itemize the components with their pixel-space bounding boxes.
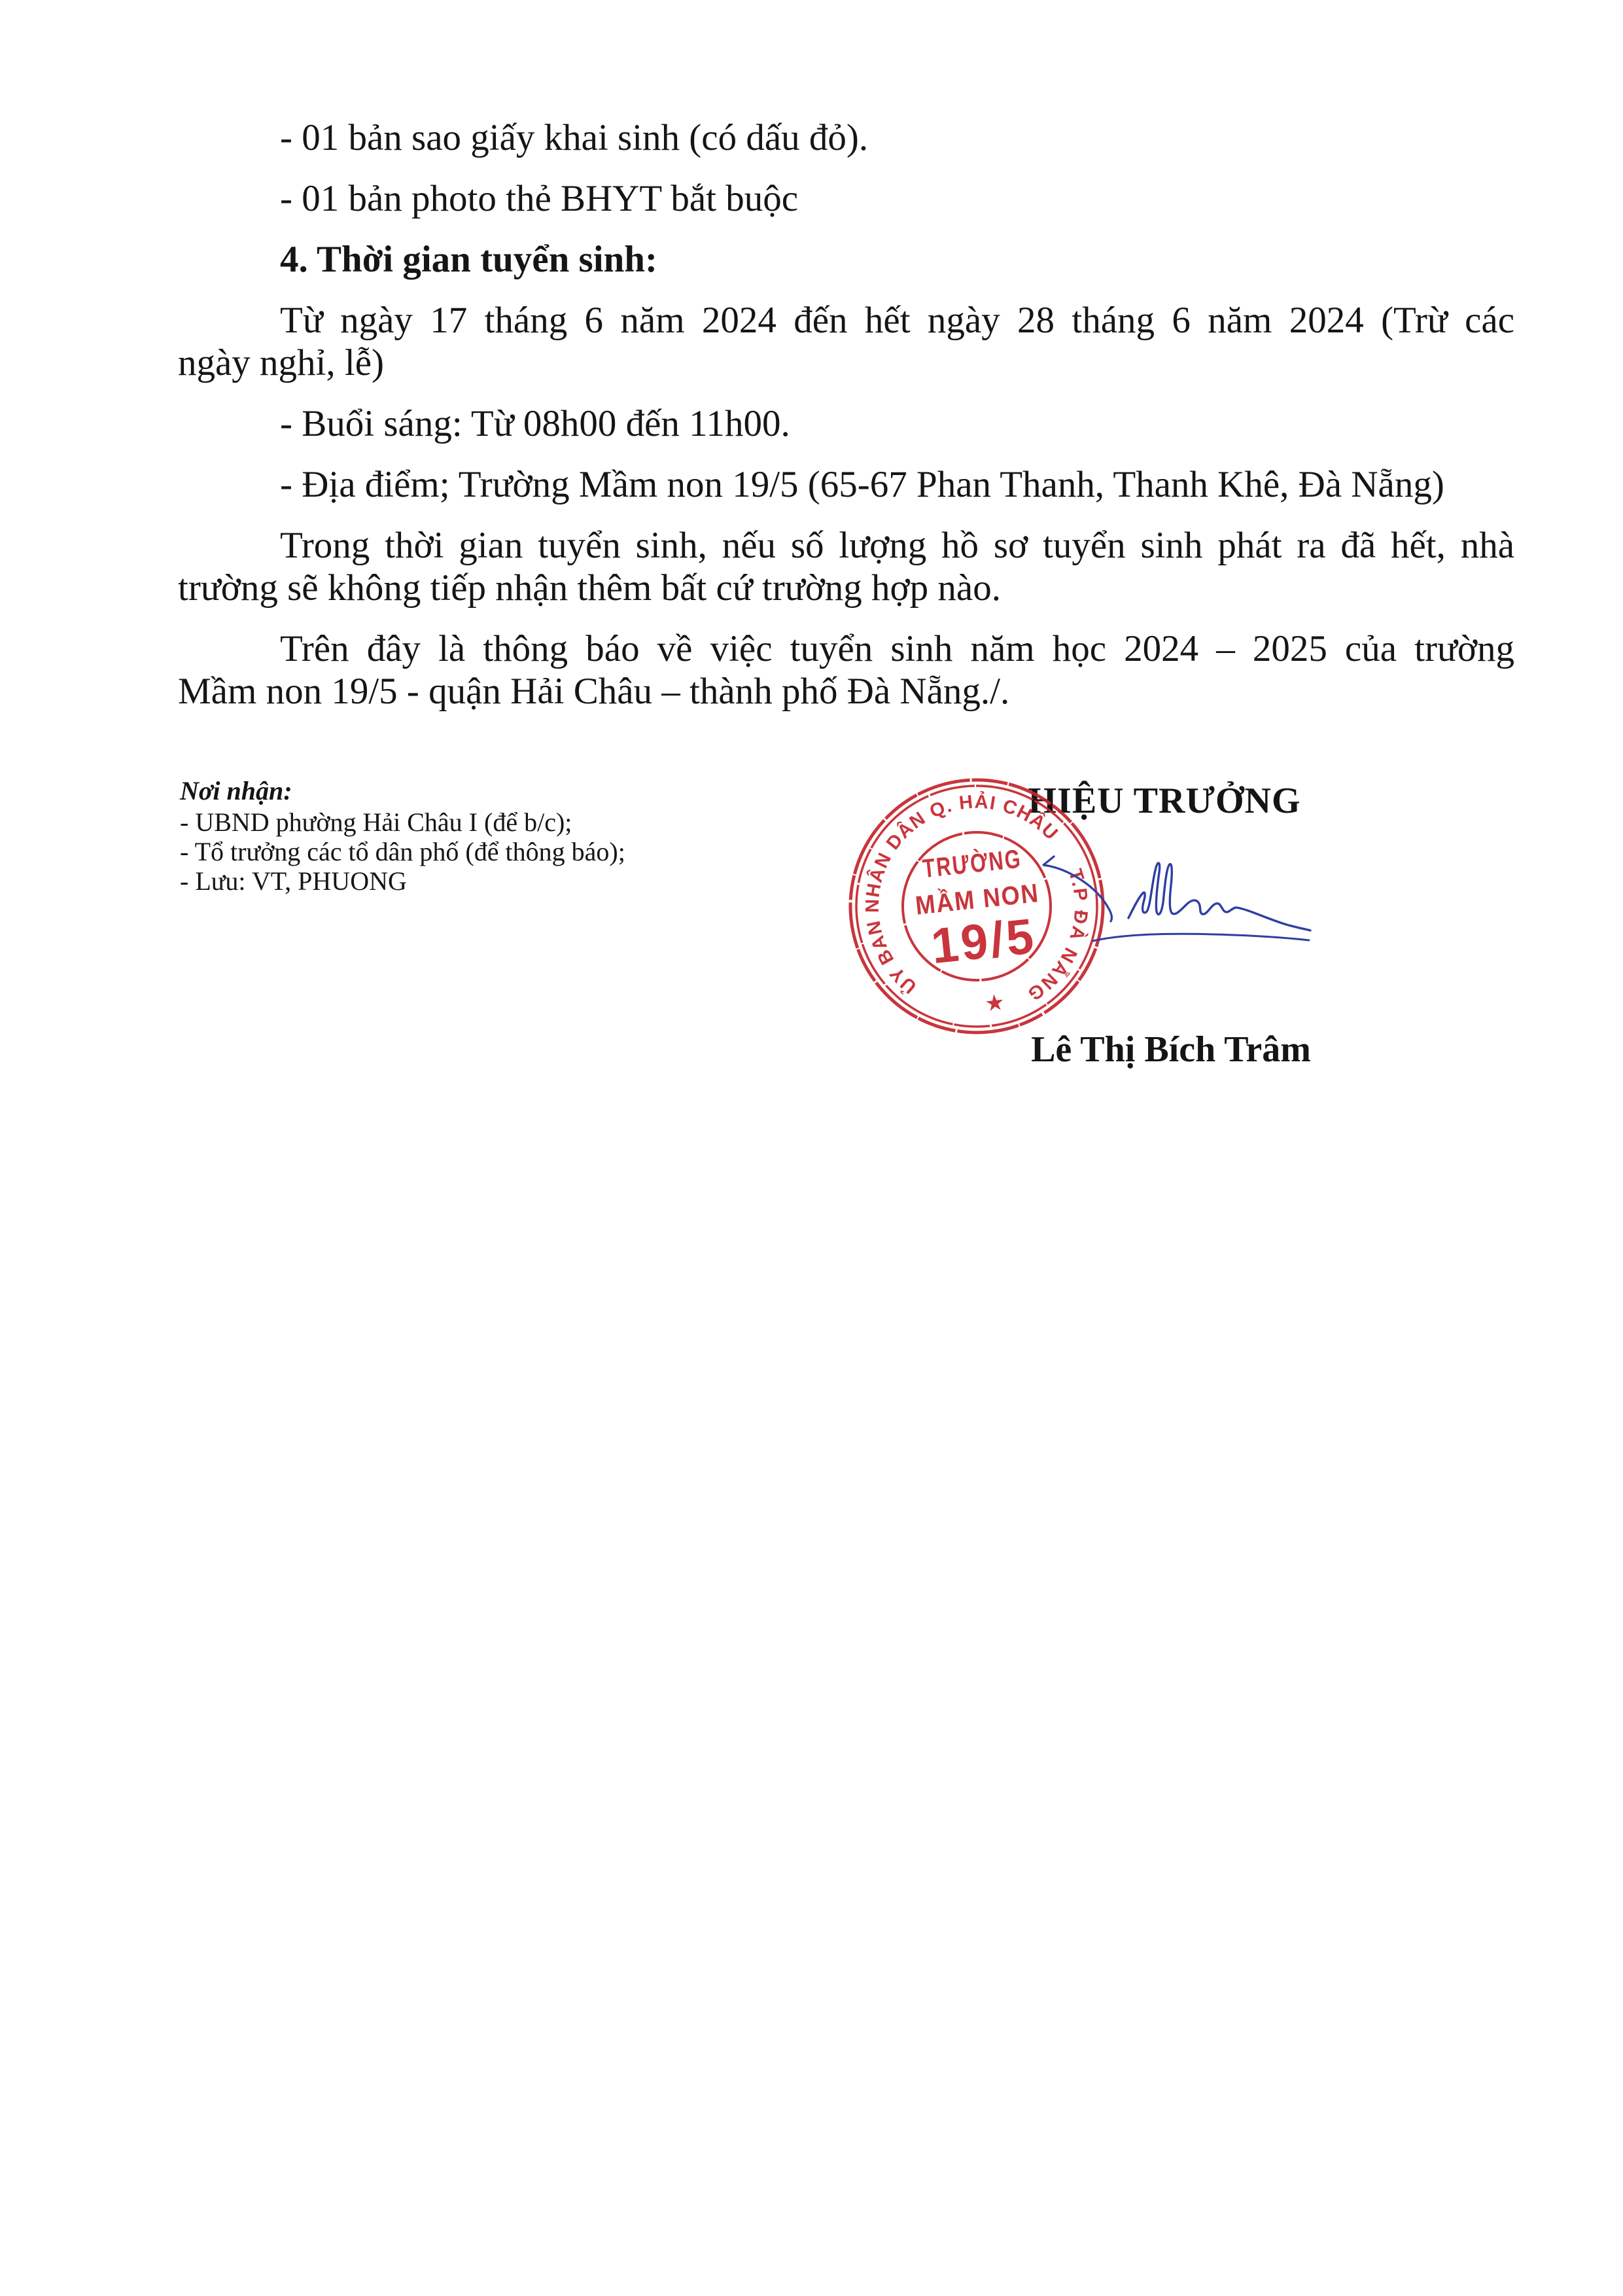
paragraph-line: trường sẽ không tiếp nhận thêm bất cứ tr… — [178, 567, 1514, 609]
paragraph-line: Trong thời gian tuyển sinh, nếu số lượng… — [178, 524, 1514, 567]
recipients-heading: Nơi nhận: — [180, 776, 625, 805]
paragraph-line: Trên đây là thông báo về việc tuyển sinh… — [178, 627, 1514, 670]
signature-main-stroke — [1128, 863, 1310, 930]
body-paragraph: Trên đây là thông báo về việc tuyển sinh… — [178, 627, 1514, 713]
signature-underline-stroke — [1093, 934, 1309, 941]
signature-flourish-arc — [1043, 857, 1111, 921]
body-paragraph: Trong thời gian tuyển sinh, nếu số lượng… — [178, 524, 1514, 609]
paragraph-line: Mầm non 19/5 - quận Hải Châu – thành phố… — [178, 670, 1514, 713]
section-heading: 4. Thời gian tuyển sinh: — [178, 238, 1514, 281]
handwritten-signature — [1030, 847, 1325, 952]
paragraph-line: ngày nghỉ, lễ) — [178, 342, 1514, 384]
stamp-star-icon: ★ — [985, 992, 1005, 1016]
body-paragraph: - 01 bản sao giấy khai sinh (có dấu đỏ). — [178, 116, 1514, 159]
stamp-center-line3: 19/5 — [929, 908, 1039, 974]
paragraph-line: Từ ngày 17 tháng 6 năm 2024 đến hết ngày… — [178, 299, 1514, 342]
document-page: - 01 bản sao giấy khai sinh (có dấu đỏ).… — [0, 0, 1623, 2296]
recipient-line: - Tổ trưởng các tổ dân phố (để thông báo… — [180, 837, 625, 866]
document-body: - 01 bản sao giấy khai sinh (có dấu đỏ).… — [178, 116, 1514, 731]
recipient-line: - UBND phường Hải Châu I (để b/c); — [180, 807, 625, 837]
stamp-center-line1: TRƯỜNG — [921, 843, 1023, 884]
recipients-block: Nơi nhận: - UBND phường Hải Châu I (để b… — [180, 776, 625, 896]
body-paragraph: - Buổi sáng: Từ 08h00 đến 11h00. — [178, 402, 1514, 445]
body-paragraph: Từ ngày 17 tháng 6 năm 2024 đến hết ngày… — [178, 299, 1514, 384]
recipient-line: - Lưu: VT, PHUONG — [180, 866, 625, 896]
body-paragraph: - 01 bản photo thẻ BHYT bắt buộc — [178, 177, 1514, 220]
body-paragraph: - Địa điểm; Trường Mầm non 19/5 (65-67 P… — [178, 463, 1514, 506]
